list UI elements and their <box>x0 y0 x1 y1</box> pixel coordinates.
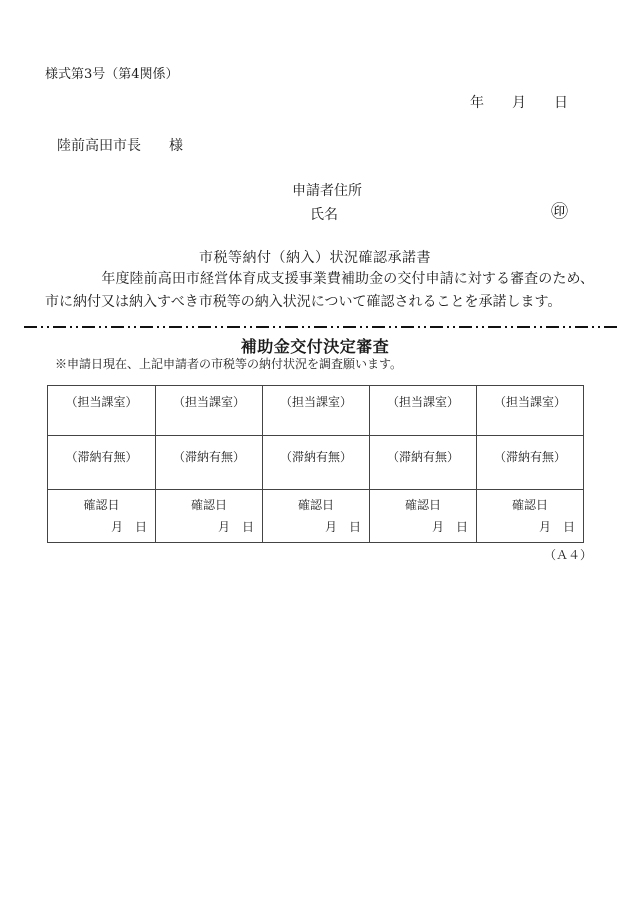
review-table-column: （担当課室） （滞納有無） 確認日 月 日 <box>262 386 369 542</box>
month-day-blank: 月 日 <box>263 518 369 535</box>
section-heading: 補助金交付決定審査 <box>0 334 630 357</box>
review-note: ※申請日現在、上記申請者の市税等の納付状況を調査願います。 <box>55 355 402 372</box>
review-table-column: （担当課室） （滞納有無） 確認日 月 日 <box>48 386 155 542</box>
form-number: 様式第3号（第4関係） <box>45 63 179 82</box>
table-cell-department: （担当課室） <box>370 386 476 436</box>
table-cell-arrears: （滞納有無） <box>263 436 369 490</box>
review-table-column: （担当課室） （滞納有無） 確認日 月 日 <box>369 386 476 542</box>
document-title: 市税等納付（納入）状況確認承諾書 <box>0 247 630 267</box>
table-cell-department: （担当課室） <box>477 386 583 436</box>
review-table-column: （担当課室） （滞納有無） 確認日 月 日 <box>155 386 262 542</box>
date-blank-line: 年 月 日 <box>470 92 568 112</box>
paper-size-note: （Ａ４） <box>544 546 592 563</box>
table-cell-department: （担当課室） <box>156 386 262 436</box>
document-page: 様式第3号（第4関係） 年 月 日 陸前高田市長 様 申請者住所 氏名 ㊞ 市税… <box>0 0 630 903</box>
confirm-date-label: 確認日 <box>263 496 369 513</box>
table-cell-arrears: （滞納有無） <box>477 436 583 490</box>
table-cell-confirm-date: 確認日 月 日 <box>48 490 155 542</box>
table-cell-arrears: （滞納有無） <box>156 436 262 490</box>
consent-paragraph: 年度陸前高田市経営体育成支援事業費補助金の交付申請に対する審査のため、市に納付又… <box>45 268 594 314</box>
table-cell-department: （担当課室） <box>48 386 155 436</box>
dash-dot-divider <box>24 326 619 328</box>
table-cell-arrears: （滞納有無） <box>370 436 476 490</box>
review-table-column: （担当課室） （滞納有無） 確認日 月 日 <box>476 386 583 542</box>
month-day-blank: 月 日 <box>48 518 155 535</box>
confirm-date-label: 確認日 <box>477 496 583 513</box>
confirm-date-label: 確認日 <box>48 496 155 513</box>
addressee-line: 陸前高田市長 様 <box>57 135 183 155</box>
month-day-blank: 月 日 <box>156 518 262 535</box>
table-cell-confirm-date: 確認日 月 日 <box>156 490 262 542</box>
month-day-blank: 月 日 <box>477 518 583 535</box>
month-day-blank: 月 日 <box>370 518 476 535</box>
table-cell-confirm-date: 確認日 月 日 <box>477 490 583 542</box>
review-table: （担当課室） （滞納有無） 確認日 月 日 （担当課室） （滞納有無） 確認日 … <box>47 385 584 543</box>
table-cell-confirm-date: 確認日 月 日 <box>263 490 369 542</box>
applicant-address-label: 申請者住所 <box>292 180 362 200</box>
table-cell-department: （担当課室） <box>263 386 369 436</box>
table-cell-confirm-date: 確認日 月 日 <box>370 490 476 542</box>
confirm-date-label: 確認日 <box>156 496 262 513</box>
applicant-name-label: 氏名 <box>310 204 338 224</box>
seal-icon: ㊞ <box>551 197 568 222</box>
confirm-date-label: 確認日 <box>370 496 476 513</box>
table-cell-arrears: （滞納有無） <box>48 436 155 490</box>
